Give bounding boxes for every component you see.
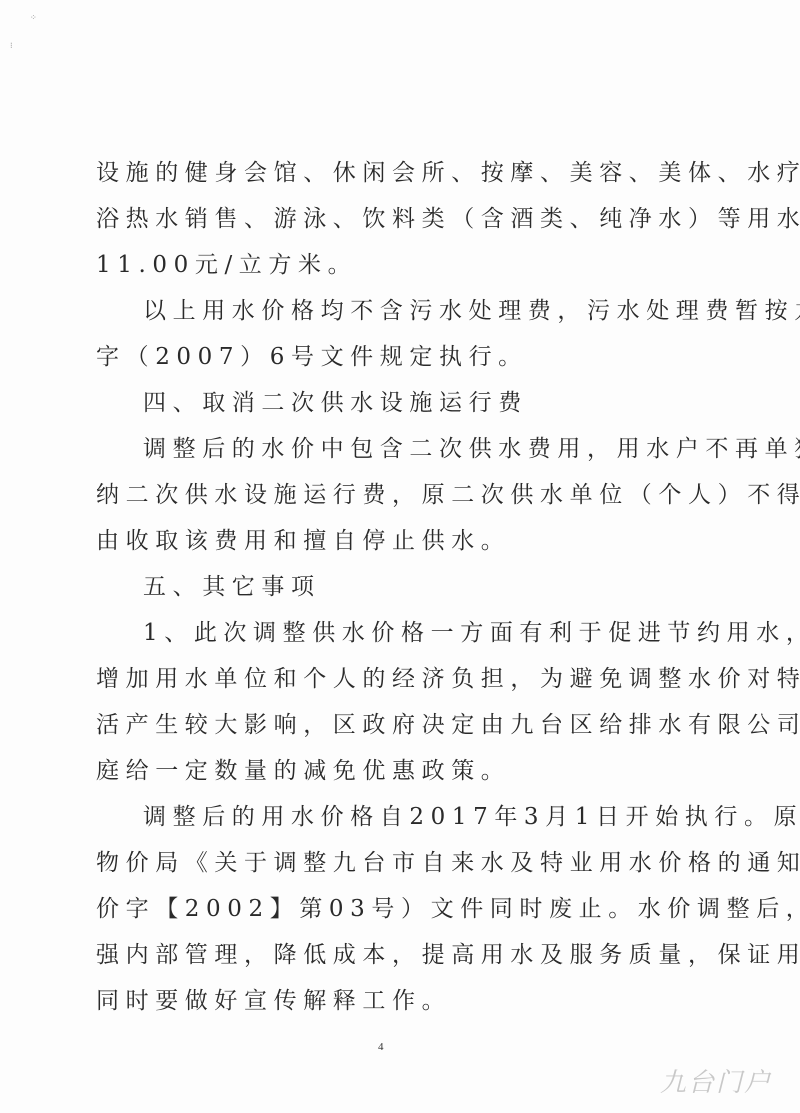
text-line: 字（2007）6号文件规定执行。 bbox=[96, 334, 686, 380]
text-line: 浴热水销售、游泳、饮料类（含酒类、纯净水）等用水调整到 bbox=[96, 196, 686, 242]
section-heading: 四、取消二次供水设施运行费 bbox=[96, 380, 686, 426]
document-body: 设施的健身会馆、休闲会所、按摩、美容、美体、水疗SPA、洗 浴热水销售、游泳、饮… bbox=[96, 150, 686, 1024]
text-line: 强内部管理，降低成本，提高用水及服务质量，保证用水安全， bbox=[96, 932, 686, 978]
watermark-logo: 九台门户 bbox=[660, 1062, 772, 1099]
text-line: 调整后的水价中包含二次供水费用，用水户不再单独交 bbox=[96, 426, 686, 472]
text-line: 1、此次调整供水价格一方面有利于促进节约用水，同时也 bbox=[96, 610, 686, 656]
page-number: 4 bbox=[378, 1041, 384, 1053]
text-line: 以上用水价格均不含污水处理费，污水处理费暂按九发改联 bbox=[96, 288, 686, 334]
text-line: 价字【2002】第03号）文件同时废止。水价调整后，企业要加 bbox=[96, 886, 686, 932]
scan-speck: ⁝ bbox=[10, 42, 13, 50]
text-line: 由收取该费用和擅自停止供水。 bbox=[96, 518, 686, 564]
text-line: 活产生较大影响，区政府决定由九台区给排水有限公司对特困家 bbox=[96, 702, 686, 748]
text-line: 调整后的用水价格自2017年3月1日开始执行。原九台市 bbox=[96, 794, 686, 840]
text-line: 11.00元/立方米。 bbox=[96, 242, 686, 288]
section-heading: 五、其它事项 bbox=[96, 564, 686, 610]
text-line: 物价局《关于调整九台市自来水及特业用水价格的通知》（吉九 bbox=[96, 840, 686, 886]
text-line: 设施的健身会馆、休闲会所、按摩、美容、美体、水疗SPA、洗 bbox=[96, 150, 686, 196]
text-line: 纳二次供水设施运行费，原二次供水单位（个人）不得以任何理 bbox=[96, 472, 686, 518]
text-line: 同时要做好宣传解释工作。 bbox=[96, 978, 686, 1024]
text-line: 庭给一定数量的减免优惠政策。 bbox=[96, 748, 686, 794]
text-line: 增加用水单位和个人的经济负担，为避免调整水价对特困家庭生 bbox=[96, 656, 686, 702]
scan-speck: ⁘ bbox=[30, 14, 37, 22]
